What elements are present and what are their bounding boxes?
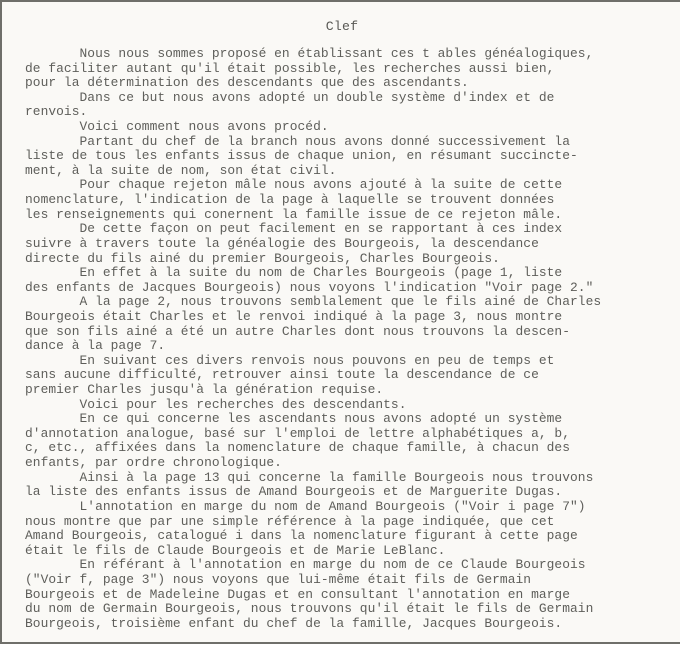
text-line: liste de tous les enfants issus de chaqu… (25, 149, 680, 164)
text-line: nomenclature, l'indication de la page à … (25, 193, 680, 208)
text-line: En suivant ces divers renvois nous pouvo… (25, 354, 680, 369)
page-title: Clef (2, 19, 680, 34)
document-page: Clef Nous nous sommes proposé en établis… (0, 0, 680, 644)
text-line: nous montre que par une simple référence… (25, 515, 680, 530)
text-line: En effet à la suite du nom de Charles Bo… (25, 266, 680, 281)
text-line: directe du fils ainé du premier Bourgeoi… (25, 252, 680, 267)
text-line: du nom de Germain Bourgeois, nous trouvo… (25, 602, 680, 617)
text-line: Partant du chef de la branch nous avons … (25, 135, 680, 150)
text-line: Bourgeois, troisième enfant du chef de l… (25, 617, 680, 632)
text-line: de faciliter autant qu'il était possible… (25, 62, 680, 77)
text-line: suivre à travers toute la généalogie des… (25, 237, 680, 252)
text-line: Pour chaque rejeton mâle nous avons ajou… (25, 178, 680, 193)
text-line: premier Charles jusqu'à la génération re… (25, 383, 680, 398)
text-line: d'annotation analogue, basé sur l'emploi… (25, 427, 680, 442)
text-line: des enfants de Jacques Bourgeois) nous v… (25, 281, 680, 296)
text-line: De cette façon on peut facilement en se … (25, 222, 680, 237)
text-line: ("Voir f, page 3") nous voyons que lui-m… (25, 573, 680, 588)
text-line: Bourgeois et de Madeleine Dugas et en co… (25, 588, 680, 603)
text-line: Amand Bourgeois, catalogué i dans la nom… (25, 529, 680, 544)
text-line: Ainsi à la page 13 qui concerne la famil… (25, 471, 680, 486)
text-line: En référant à l'annotation en marge du n… (25, 558, 680, 573)
text-line: sans aucune difficulté, retrouver ainsi … (25, 368, 680, 383)
text-line: Voici comment nous avons procéd. (25, 120, 680, 135)
text-line: dance à la page 7. (25, 339, 680, 354)
text-line: En ce qui concerne les ascendants nous a… (25, 412, 680, 427)
body-text: Nous nous sommes proposé en établissant … (25, 47, 680, 631)
text-line: renvois. (25, 105, 680, 120)
text-line: Nous nous sommes proposé en établissant … (25, 47, 680, 62)
text-line: c, etc., affixées dans la nomenclature d… (25, 441, 680, 456)
text-line: que son fils ainé a été un autre Charles… (25, 325, 680, 340)
text-line: enfants, par ordre chronologique. (25, 456, 680, 471)
text-line: ment, à la suite de nom, son état civil. (25, 164, 680, 179)
text-line: les renseignements qui conernent la fami… (25, 208, 680, 223)
text-line: était le fils de Claude Bourgeois et de … (25, 544, 680, 559)
text-line: A la page 2, nous trouvons semblalement … (25, 295, 680, 310)
text-line: Dans ce but nous avons adopté un double … (25, 91, 680, 106)
text-line: Voici pour les recherches des descendant… (25, 398, 680, 413)
text-line: Bourgeois était Charles et le renvoi ind… (25, 310, 680, 325)
text-line: L'annotation en marge du nom de Amand Bo… (25, 500, 680, 515)
text-line: pour la détermination des descendants qu… (25, 76, 680, 91)
text-line: la liste des enfants issus de Amand Bour… (25, 485, 680, 500)
